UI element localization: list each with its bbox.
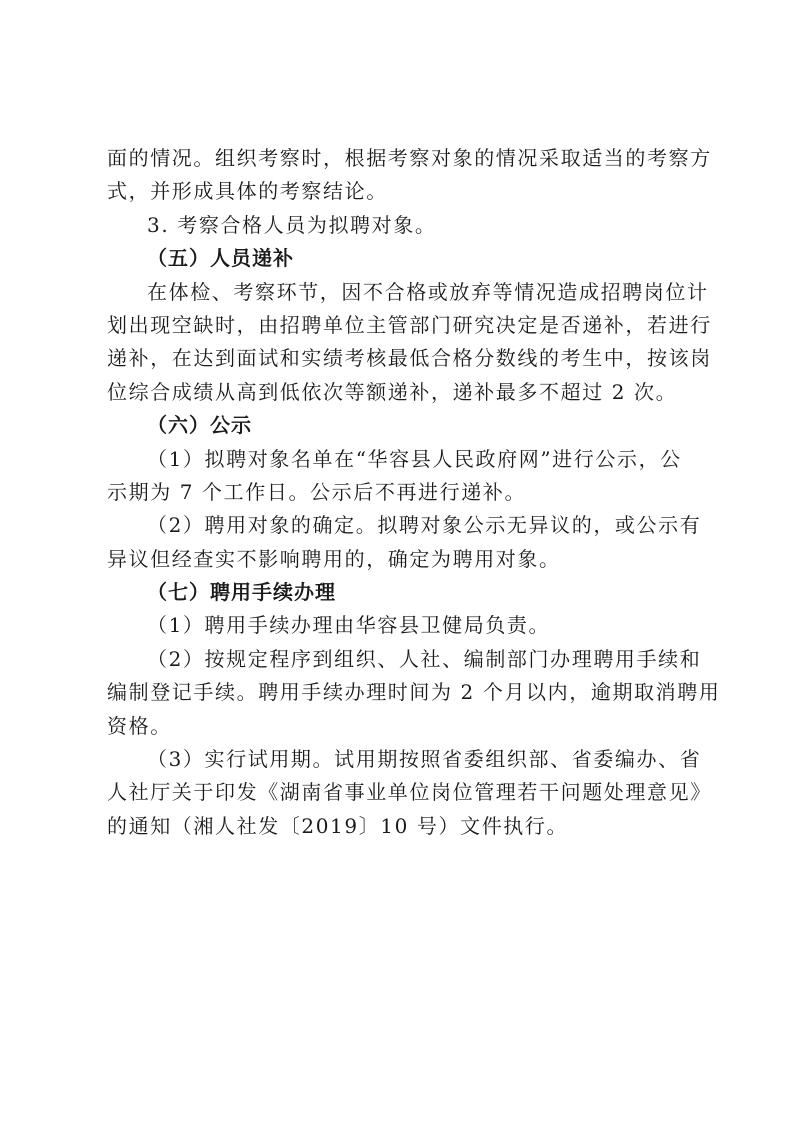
paragraph-line: 编制登记手续。聘用手续办理时间为 2 个月以内，逾期取消聘用	[107, 676, 703, 709]
paragraph-line: （2）聘用对象的确定。拟聘对象公示无异议的，或公示有	[107, 509, 703, 542]
paragraph-line: 示期为 7 个工作日。公示后不再进行递补。	[107, 476, 703, 509]
paragraph-line: 面的情况。组织考察时，根据考察对象的情况采取适当的考察方	[107, 142, 703, 175]
paragraph-line: （1）聘用手续办理由华容县卫健局负责。	[107, 609, 703, 642]
paragraph-line: 递补，在达到面试和实绩考核最低合格分数线的考生中，按该岗	[107, 342, 703, 375]
document-page: 面的情况。组织考察时，根据考察对象的情况采取适当的考察方 式，并形成具体的考察结…	[107, 142, 703, 843]
section-heading-7: （七）聘用手续办理	[107, 576, 703, 609]
paragraph-line: 人社厅关于印发《湖南省事业单位岗位管理若干问题处理意见》	[107, 776, 703, 809]
paragraph-line: （2）按规定程序到组织、人社、编制部门办理聘用手续和	[107, 643, 703, 676]
section-heading-6: （六）公示	[107, 409, 703, 442]
paragraph-line: 资格。	[107, 710, 703, 743]
paragraph-line: 划出现空缺时，由招聘单位主管部门研究决定是否递补，若进行	[107, 309, 703, 342]
paragraph-line: 在体检、考察环节，因不合格或放弃等情况造成招聘岗位计	[107, 276, 703, 309]
paragraph-line: 异议但经查实不影响聘用的，确定为聘用对象。	[107, 543, 703, 576]
paragraph-line: 位综合成绩从高到低依次等额递补，递补最多不超过 2 次。	[107, 376, 703, 409]
list-item-3: 3. 考察合格人员为拟聘对象。	[107, 209, 703, 242]
paragraph-line: 的通知（湘人社发〔2019〕10 号）文件执行。	[107, 810, 703, 843]
paragraph-line: 式，并形成具体的考察结论。	[107, 175, 703, 208]
paragraph-line: （3）实行试用期。试用期按照省委组织部、省委编办、省	[107, 743, 703, 776]
paragraph-line: （1）拟聘对象名单在“华容县人民政府网”进行公示，公	[107, 443, 703, 476]
section-heading-5: （五）人员递补	[107, 242, 703, 275]
